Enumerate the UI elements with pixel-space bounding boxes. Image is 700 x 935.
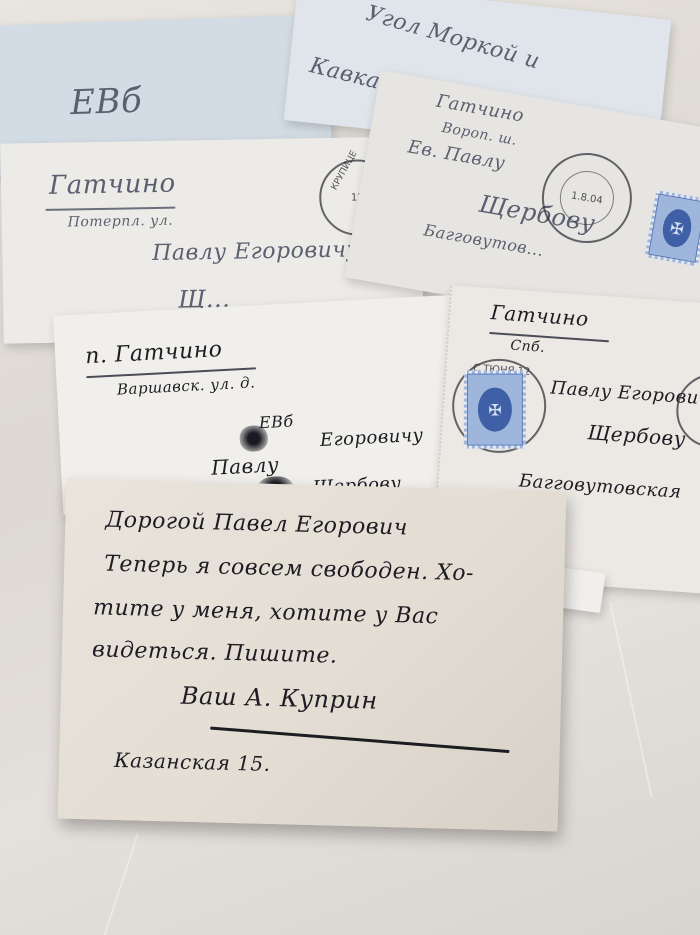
envelope-addressee: Павлу Егоровичу xyxy=(152,237,360,266)
envelope-street: Варшавск. ул. д. xyxy=(117,373,256,398)
postage-stamp: ✠ xyxy=(645,190,700,266)
postage-stamp: ✠ xyxy=(464,371,526,449)
postmark-text: КРУПИЦЕ xyxy=(330,149,360,192)
note-line: тите у меня, хотите у Вас xyxy=(93,595,439,629)
note-line: Теперь я совсем свободен. Хо- xyxy=(104,552,474,587)
envelope-city: Спб. xyxy=(510,338,546,356)
underline xyxy=(45,207,175,211)
paper-crease xyxy=(103,832,139,935)
envelope-town: п. Гатчино xyxy=(85,337,223,369)
envelope-address-line: Угол Моркой и xyxy=(363,1,542,74)
envelope-addressee-patronymic: Егоровичу xyxy=(319,425,424,451)
envelope-street-line: Багговутов... xyxy=(422,220,545,260)
envelope-addressee-first: Павлу xyxy=(211,452,280,480)
underline xyxy=(489,332,609,342)
envelope-town: Гатчино xyxy=(490,300,590,331)
envelope-street: Потерпл. ул. xyxy=(68,213,174,231)
ink-blot xyxy=(239,425,268,452)
signature-flourish xyxy=(210,727,509,754)
note-greeting: Дорогой Павел Егорович xyxy=(105,508,408,541)
note-line: видеться. Пишите. xyxy=(92,637,338,668)
note-address: Казанская 15. xyxy=(114,748,271,776)
envelope-monogram: ЕВб xyxy=(70,81,143,123)
postmark: 1.8.04 xyxy=(535,146,639,250)
note-signature: Ваш А. Куприн xyxy=(181,682,378,715)
eagle-emblem-icon: ✠ xyxy=(478,387,512,432)
note-card: Дорогой Павел Егорович Теперь я совсем с… xyxy=(58,479,567,832)
paper-crease xyxy=(609,602,653,798)
envelope-surname: Щербову xyxy=(587,420,687,451)
eagle-emblem-icon: ✠ xyxy=(660,207,695,250)
envelope-town: Гатчино xyxy=(49,169,176,201)
